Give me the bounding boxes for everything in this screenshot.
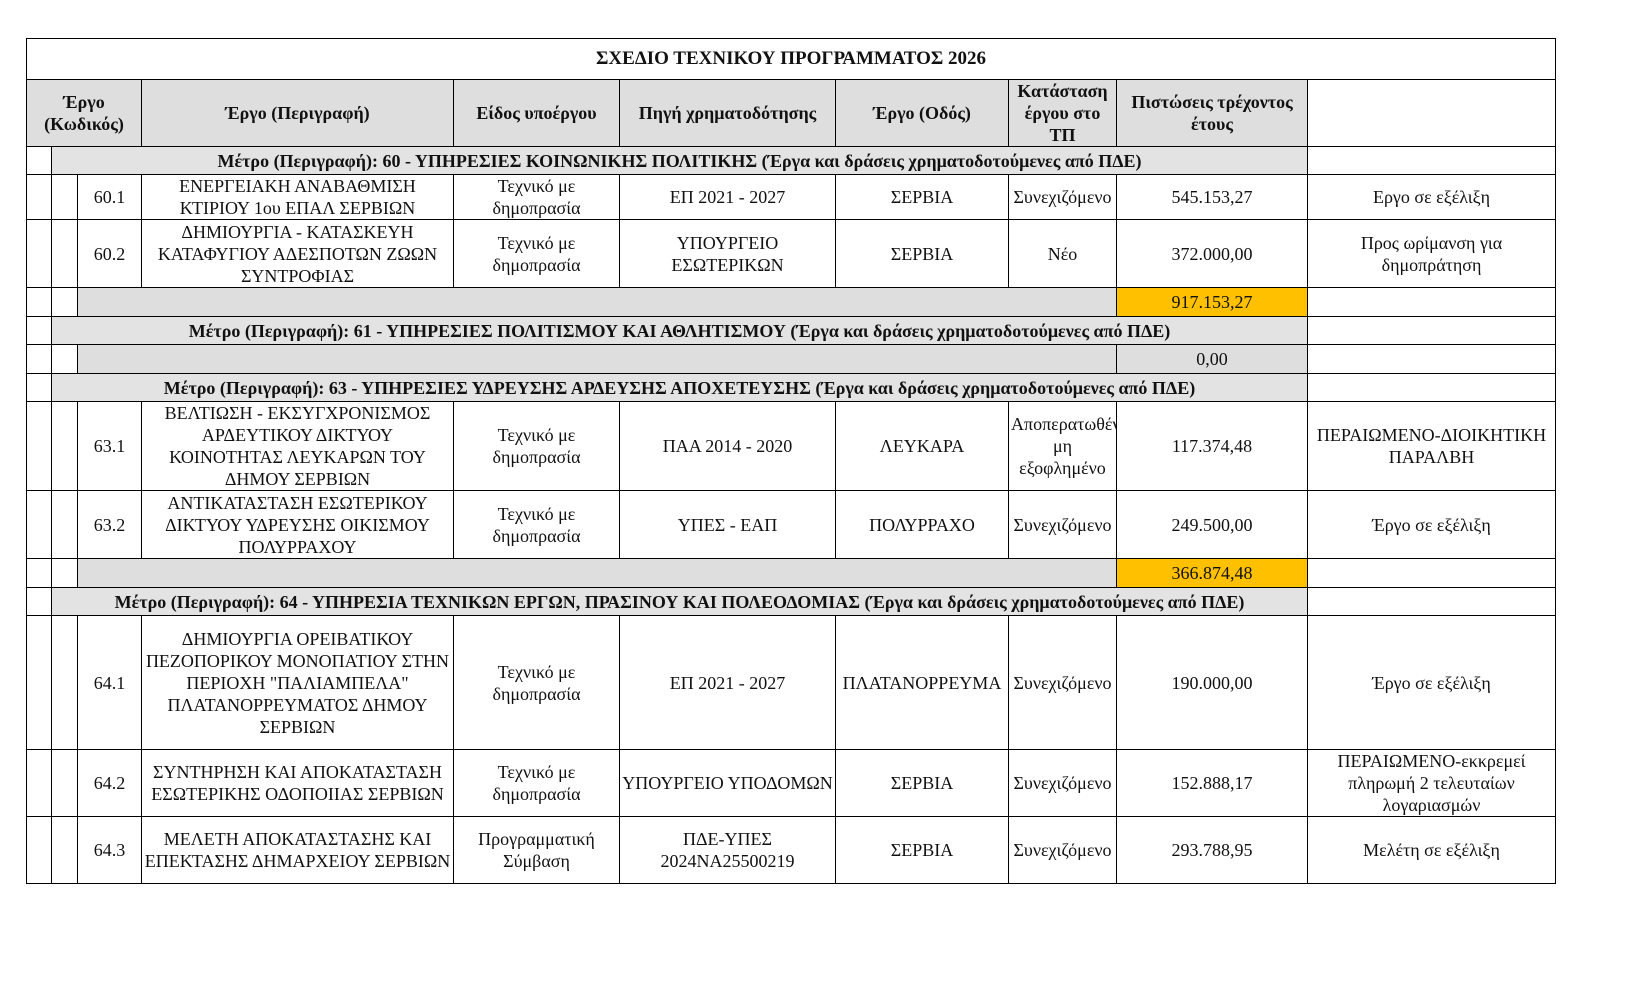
spacer-cell (27, 588, 52, 616)
header-location: Έργο (Οδός) (836, 80, 1009, 147)
project-code: 64.1 (78, 616, 142, 750)
project-type: Τεχνικό με δημοπρασία (454, 220, 620, 288)
spacer-cell (52, 402, 78, 491)
project-funding: ΥΠΕΣ - ΕΑΠ (620, 491, 836, 559)
spacer-cell (27, 317, 52, 345)
remarks-blank-cell (1308, 374, 1556, 402)
project-credits: 372.000,00 (1117, 220, 1308, 288)
subtotal-amount: 0,00 (1117, 345, 1308, 374)
header-funding-source: Πηγή χρηματοδότησης (620, 80, 836, 147)
project-credits: 545.153,27 (1117, 175, 1308, 220)
project-remarks: Έργο σε εξέλιξη (1308, 491, 1556, 559)
spacer-cell (27, 147, 52, 175)
measure-label: Μέτρο (Περιγραφή): 63 - ΥΠΗΡΕΣΙΕΣ ΥΔΡΕΥΣ… (52, 374, 1308, 402)
project-credits: 117.374,48 (1117, 402, 1308, 491)
project-description: ΑΝΤΙΚΑΤΑΣΤΑΣΗ ΕΣΩΤΕΡΙΚΟΥ ΔΙΚΤΥΟΥ ΥΔΡΕΥΣΗ… (142, 491, 454, 559)
project-funding: ΕΠ 2021 - 2027 (620, 616, 836, 750)
measure-label: Μέτρο (Περιγραφή): 60 - ΥΠΗΡΕΣΙΕΣ ΚΟΙΝΩΝ… (52, 147, 1308, 175)
project-row: 64.3ΜΕΛΕΤΗ ΑΠΟΚΑΤΑΣΤΑΣΗΣ ΚΑΙ ΕΠΕΚΤΑΣΗΣ Δ… (27, 817, 1556, 884)
project-remarks: ΠΕΡΑΙΩΜΕΝΟ-ΔΙΟΙΚΗΤΙΚΗ ΠΑΡΑΛΒΗ (1308, 402, 1556, 491)
project-row: 60.2ΔΗΜΙΟΥΡΓΙΑ - ΚΑΤΑΣΚΕΥΗ ΚΑΤΑΦΥΓΙΟΥ ΑΔ… (27, 220, 1556, 288)
header-subproject-type: Είδος υποέργου (454, 80, 620, 147)
project-row: 64.1ΔΗΜΙΟΥΡΓΙΑ ΟΡΕΙΒΑΤΙΚΟΥ ΠΕΖΟΠΟΡΙΚΟΥ Μ… (27, 616, 1556, 750)
project-location: ΠΟΛΥΡΡΑΧΟ (836, 491, 1009, 559)
project-code: 63.1 (78, 402, 142, 491)
measure-label: Μέτρο (Περιγραφή): 61 - ΥΠΗΡΕΣΙΕΣ ΠΟΛΙΤΙ… (52, 317, 1308, 345)
project-remarks: Έργο σε εξέλιξη (1308, 616, 1556, 750)
remarks-blank-cell (1308, 559, 1556, 588)
project-type: Τεχνικό με δημοπρασία (454, 750, 620, 817)
project-description: ΒΕΛΤΙΩΣΗ - ΕΚΣΥΓΧΡΟΝΙΣΜΟΣ ΑΡΔΕΥΤΙΚΟΥ ΔΙΚ… (142, 402, 454, 491)
project-type: Τεχνικό με δημοπρασία (454, 175, 620, 220)
project-funding: ΠΑΑ 2014 - 2020 (620, 402, 836, 491)
project-remarks: Μελέτη σε εξέλιξη (1308, 817, 1556, 884)
project-credits: 152.888,17 (1117, 750, 1308, 817)
project-credits: 249.500,00 (1117, 491, 1308, 559)
project-location: ΣΕΡΒΙΑ (836, 817, 1009, 884)
project-description: ΣΥΝΤΗΡΗΣΗ ΚΑΙ ΑΠΟΚΑΤΑΣΤΑΣΗ ΕΣΩΤΕΡΙΚΗΣ ΟΔ… (142, 750, 454, 817)
subtotal-row: 917.153,27 (27, 288, 1556, 317)
remarks-blank-cell (1308, 588, 1556, 616)
header-credits: Πιστώσεις τρέχοντος έτους (1117, 80, 1308, 147)
project-status: Συνεχιζόμενο (1009, 175, 1117, 220)
spacer-cell (27, 491, 52, 559)
project-type: Προγραμματική Σύμβαση (454, 817, 620, 884)
project-description: ΕΝΕΡΓΕΙΑΚΗ ΑΝΑΒΑΘΜΙΣΗ ΚΤΙΡΙΟΥ 1ου ΕΠΑΛ Σ… (142, 175, 454, 220)
subtotal-label-cell (78, 288, 1117, 317)
project-location: ΠΛΑΤΑΝΟΡΡΕΥΜΑ (836, 616, 1009, 750)
spacer-cell (52, 288, 78, 317)
spacer-cell (52, 220, 78, 288)
subtotal-amount: 917.153,27 (1117, 288, 1308, 317)
project-type: Τεχνικό με δημοπρασία (454, 491, 620, 559)
spacer-cell (52, 559, 78, 588)
project-location: ΛΕΥΚΑΡΑ (836, 402, 1009, 491)
spacer-cell (27, 817, 52, 884)
header-status: Κατάσταση έργου στο ΤΠ (1009, 80, 1117, 147)
header-remarks (1308, 80, 1556, 147)
project-remarks: Εργο σε εξέλιξη (1308, 175, 1556, 220)
header-code: Έργο (Κωδικός) (27, 80, 142, 147)
subtotal-label-cell (78, 559, 1117, 588)
spacer-cell (52, 750, 78, 817)
project-status: Νέο (1009, 220, 1117, 288)
remarks-blank-cell (1308, 288, 1556, 317)
subtotal-row: 0,00 (27, 345, 1556, 374)
project-funding: ΠΔΕ-ΥΠΕΣ 2024ΝΑ25500219 (620, 817, 836, 884)
spacer-cell (52, 817, 78, 884)
project-remarks: ΠΕΡΑΙΩΜΕΝΟ-εκκρεμεί πληρωμή 2 τελευταίων… (1308, 750, 1556, 817)
remarks-blank-cell (1308, 317, 1556, 345)
header-description: Έργο (Περιγραφή) (142, 80, 454, 147)
project-row: 63.2ΑΝΤΙΚΑΤΑΣΤΑΣΗ ΕΣΩΤΕΡΙΚΟΥ ΔΙΚΤΥΟΥ ΥΔΡ… (27, 491, 1556, 559)
technical-program-document: ΣΧΕΔΙΟ ΤΕΧΝΙΚΟΥ ΠΡΟΓΡΑΜΜΑΤΟΣ 2026 Έργο (… (26, 38, 1556, 884)
technical-program-table: ΣΧΕΔΙΟ ΤΕΧΝΙΚΟΥ ΠΡΟΓΡΑΜΜΑΤΟΣ 2026 Έργο (… (26, 38, 1556, 884)
spacer-cell (27, 402, 52, 491)
project-credits: 293.788,95 (1117, 817, 1308, 884)
spacer-cell (27, 220, 52, 288)
spacer-cell (27, 374, 52, 402)
project-code: 63.2 (78, 491, 142, 559)
project-code: 60.1 (78, 175, 142, 220)
project-funding: ΕΠ 2021 - 2027 (620, 175, 836, 220)
title-row: ΣΧΕΔΙΟ ΤΕΧΝΙΚΟΥ ΠΡΟΓΡΑΜΜΑΤΟΣ 2026 (27, 39, 1556, 80)
measure-row: Μέτρο (Περιγραφή): 64 - ΥΠΗΡΕΣΙΑ ΤΕΧΝΙΚΩ… (27, 588, 1556, 616)
spacer-cell (27, 559, 52, 588)
spacer-cell (27, 616, 52, 750)
project-funding: ΥΠΟΥΡΓΕΙΟ ΥΠΟΔΟΜΩΝ (620, 750, 836, 817)
project-code: 64.2 (78, 750, 142, 817)
project-location: ΣΕΡΒΙΑ (836, 750, 1009, 817)
project-status: Συνεχιζόμενο (1009, 616, 1117, 750)
project-type: Τεχνικό με δημοπρασία (454, 402, 620, 491)
spacer-cell (52, 345, 78, 374)
measure-row: Μέτρο (Περιγραφή): 61 - ΥΠΗΡΕΣΙΕΣ ΠΟΛΙΤΙ… (27, 317, 1556, 345)
project-type: Τεχνικό με δημοπρασία (454, 616, 620, 750)
project-row: 64.2ΣΥΝΤΗΡΗΣΗ ΚΑΙ ΑΠΟΚΑΤΑΣΤΑΣΗ ΕΣΩΤΕΡΙΚΗ… (27, 750, 1556, 817)
spacer-cell (52, 491, 78, 559)
header-row: Έργο (Κωδικός) Έργο (Περιγραφή) Είδος υπ… (27, 80, 1556, 147)
project-description: ΔΗΜΙΟΥΡΓΙΑ - ΚΑΤΑΣΚΕΥΗ ΚΑΤΑΦΥΓΙΟΥ ΑΔΕΣΠΟ… (142, 220, 454, 288)
subtotal-label-cell (78, 345, 1117, 374)
measure-row: Μέτρο (Περιγραφή): 60 - ΥΠΗΡΕΣΙΕΣ ΚΟΙΝΩΝ… (27, 147, 1556, 175)
project-status: Συνεχιζόμενο (1009, 491, 1117, 559)
remarks-blank-cell (1308, 345, 1556, 374)
measure-row: Μέτρο (Περιγραφή): 63 - ΥΠΗΡΕΣΙΕΣ ΥΔΡΕΥΣ… (27, 374, 1556, 402)
project-row: 63.1ΒΕΛΤΙΩΣΗ - ΕΚΣΥΓΧΡΟΝΙΣΜΟΣ ΑΡΔΕΥΤΙΚΟΥ… (27, 402, 1556, 491)
document-title: ΣΧΕΔΙΟ ΤΕΧΝΙΚΟΥ ΠΡΟΓΡΑΜΜΑΤΟΣ 2026 (27, 39, 1556, 80)
measure-label: Μέτρο (Περιγραφή): 64 - ΥΠΗΡΕΣΙΑ ΤΕΧΝΙΚΩ… (52, 588, 1308, 616)
remarks-blank-cell (1308, 147, 1556, 175)
spacer-cell (27, 750, 52, 817)
project-funding: ΥΠΟΥΡΓΕΙΟ ΕΣΩΤΕΡΙΚΩΝ (620, 220, 836, 288)
project-status: Αποπερατωθέν μη εξοφλημένο (1009, 402, 1117, 491)
subtotal-row: 366.874,48 (27, 559, 1556, 588)
project-remarks: Προς ωρίμανση για δημοπράτηση (1308, 220, 1556, 288)
project-status: Συνεχιζόμενο (1009, 817, 1117, 884)
project-description: ΔΗΜΙΟΥΡΓΙΑ ΟΡΕΙΒΑΤΙΚΟΥ ΠΕΖΟΠΟΡΙΚΟΥ ΜΟΝΟΠ… (142, 616, 454, 750)
project-location: ΣΕΡΒΙΑ (836, 220, 1009, 288)
project-status: Συνεχιζόμενο (1009, 750, 1117, 817)
spacer-cell (52, 175, 78, 220)
project-credits: 190.000,00 (1117, 616, 1308, 750)
subtotal-amount: 366.874,48 (1117, 559, 1308, 588)
spacer-cell (27, 175, 52, 220)
project-row: 60.1ΕΝΕΡΓΕΙΑΚΗ ΑΝΑΒΑΘΜΙΣΗ ΚΤΙΡΙΟΥ 1ου ΕΠ… (27, 175, 1556, 220)
project-description: ΜΕΛΕΤΗ ΑΠΟΚΑΤΑΣΤΑΣΗΣ ΚΑΙ ΕΠΕΚΤΑΣΗΣ ΔΗΜΑΡ… (142, 817, 454, 884)
spacer-cell (27, 345, 52, 374)
project-code: 60.2 (78, 220, 142, 288)
project-location: ΣΕΡΒΙΑ (836, 175, 1009, 220)
spacer-cell (27, 288, 52, 317)
spacer-cell (52, 616, 78, 750)
project-code: 64.3 (78, 817, 142, 884)
